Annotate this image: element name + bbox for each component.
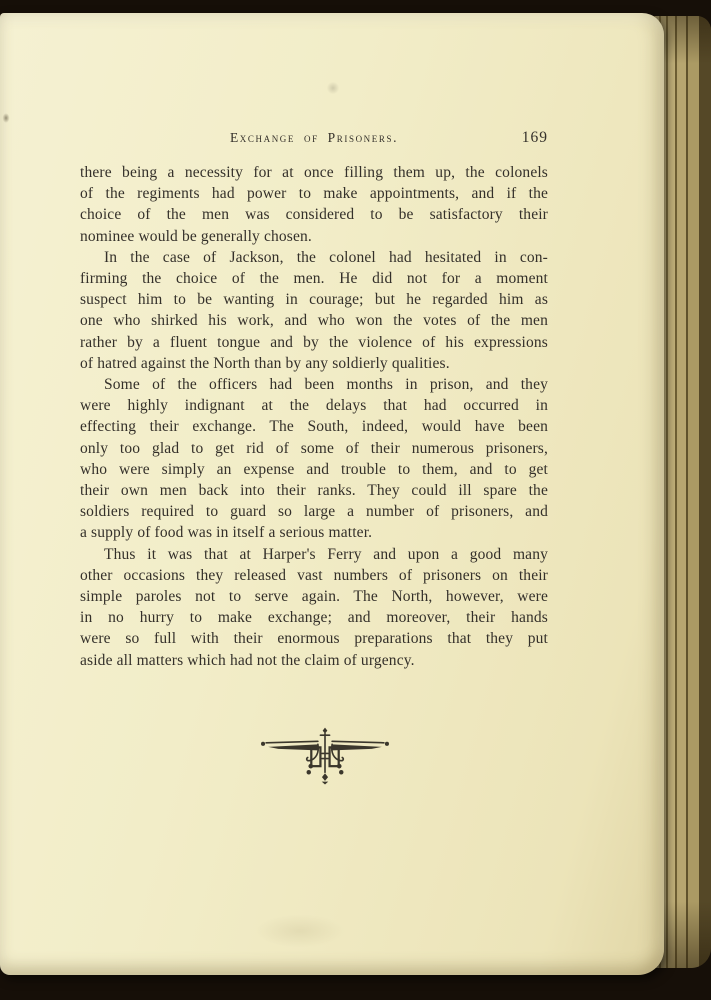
text-line: In the case of Jackson, the colonel had … — [80, 247, 548, 268]
paragraph: Some of the officers had been months in … — [80, 374, 548, 544]
book-scan-scene: Exchange of Prisoners. 169 there being a… — [0, 0, 711, 1000]
paragraph: In the case of Jackson, the colonel had … — [80, 247, 548, 374]
text-line: there being a necessity for at once fill… — [80, 162, 548, 183]
text-line: only too glad to get rid of some of thei… — [80, 438, 548, 459]
running-title: Exchange of Prisoners. — [80, 130, 548, 146]
text-line: firming the choice of the men. He did no… — [80, 268, 548, 289]
text-line: were so full with their enormous prepara… — [80, 628, 548, 649]
text-line: in no hurry to make exchange; and moreov… — [80, 607, 548, 628]
running-head: Exchange of Prisoners. 169 — [80, 130, 548, 152]
paragraph: there being a necessity for at once fill… — [80, 162, 548, 247]
text-line: a supply of food was in itself a serious… — [80, 522, 548, 543]
text-line: their own men back into their ranks. The… — [80, 480, 548, 501]
text-line: of hatred against the North than by any … — [80, 353, 548, 374]
page-number: 169 — [522, 129, 548, 147]
text-line: of the regiments had power to make appoi… — [80, 183, 548, 204]
paragraph: Thus it was that at Harper's Ferry and u… — [80, 544, 548, 671]
text-line: effecting their exchange. The South, ind… — [80, 416, 548, 437]
text-line: Thus it was that at Harper's Ferry and u… — [80, 544, 548, 565]
text-line: nominee would be generally chosen. — [80, 226, 548, 247]
text-line: Some of the officers had been months in … — [80, 374, 548, 395]
text-line: suspect him to be wanting in courage; bu… — [80, 289, 548, 310]
text-block: there being a necessity for at once fill… — [80, 162, 548, 671]
text-line: simple paroles not to serve again. The N… — [80, 586, 548, 607]
book-page: Exchange of Prisoners. 169 there being a… — [0, 13, 664, 975]
text-line: soldiers required to guard so large a nu… — [80, 501, 548, 522]
tailpiece-ornament-icon — [260, 727, 390, 785]
text-line: rather by a fluent tongue and by the vio… — [80, 332, 548, 353]
text-line: other occasions they released vast numbe… — [80, 565, 548, 586]
text-line: aside all matters which had not the clai… — [80, 650, 548, 671]
text-line: were highly indignant at the delays that… — [80, 395, 548, 416]
text-line: one who shirked his work, and who won th… — [80, 310, 548, 331]
text-line: choice of the men was considered to be s… — [80, 204, 548, 225]
text-line: who were simply an expense and trouble t… — [80, 459, 548, 480]
